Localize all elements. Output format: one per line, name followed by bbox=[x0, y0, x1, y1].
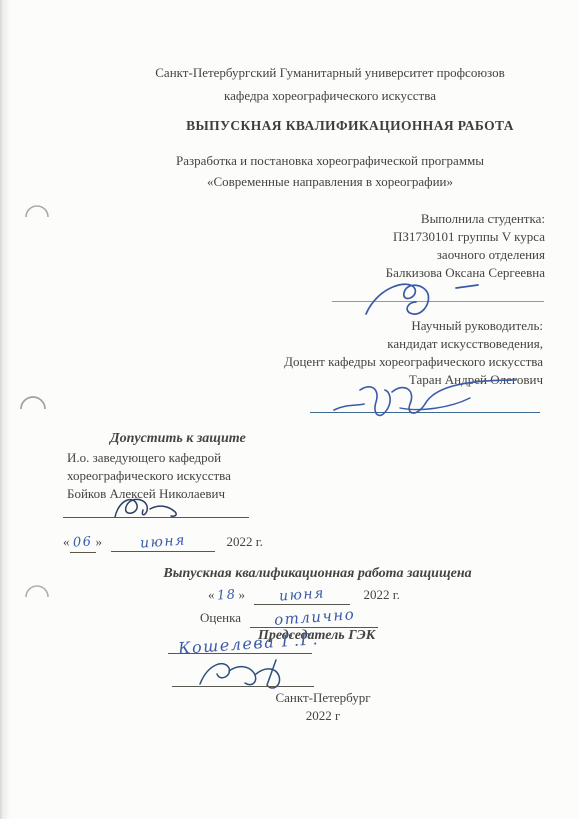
supervisor-line1: Научный руководитель: bbox=[203, 317, 543, 335]
grade-line: Оценка отлично bbox=[200, 608, 378, 628]
supervisor-line2: кандидат искусствоведения, bbox=[203, 335, 543, 353]
quote-close: » bbox=[96, 534, 103, 549]
chair-signature-line bbox=[172, 686, 314, 687]
hole-punch-icon bbox=[24, 203, 50, 219]
university-name: Санкт-Петербургский Гуманитарный универс… bbox=[80, 64, 579, 82]
grade-value-handwritten: отлично bbox=[273, 605, 355, 629]
student-signature bbox=[360, 276, 490, 321]
student-line1: Выполнила студентка: bbox=[225, 210, 545, 228]
defense-date-line: «18» июня 2022 г. bbox=[208, 586, 400, 605]
admission-year: 2022 г. bbox=[227, 534, 263, 549]
footer-year: 2022 г bbox=[248, 707, 398, 725]
supervisor-signature bbox=[330, 378, 530, 426]
defense-day-handwritten: 18 bbox=[216, 586, 237, 605]
work-type-title: ВЫПУСКНАЯ КВАЛИФИКАЦИОННАЯ РАБОТА bbox=[100, 117, 579, 135]
admission-month-handwritten: июня bbox=[140, 531, 187, 552]
student-line2: ПЗ1730101 группы V курса bbox=[225, 228, 545, 246]
footer-city: Санкт-Петербург bbox=[248, 689, 398, 707]
defense-year: 2022 г. bbox=[364, 587, 400, 602]
head-signature bbox=[110, 491, 185, 523]
quote-close: » bbox=[239, 587, 246, 602]
defense-month-handwritten: июня bbox=[279, 584, 326, 605]
admission-day-handwritten: 06 bbox=[72, 533, 93, 552]
chair-name-line bbox=[168, 653, 312, 654]
student-block: Выполнила студентка: ПЗ1730101 группы V … bbox=[225, 210, 545, 282]
scanned-thesis-title-page: Санкт-Петербургский Гуманитарный универс… bbox=[0, 0, 579, 819]
topic-line1: Разработка и постановка хореографической… bbox=[80, 152, 579, 170]
defense-heading: Выпускная квалификационная работа защище… bbox=[135, 565, 500, 583]
supervisor-line3: Доцент кафедры хореографического искусст… bbox=[203, 353, 543, 371]
admission-line1: И.о. заведующего кафедрой bbox=[67, 449, 221, 467]
admission-date-line: «06» июня 2022 г. bbox=[63, 533, 263, 553]
hole-punch-icon bbox=[19, 393, 47, 411]
grade-label: Оценка bbox=[200, 610, 241, 625]
head-signature-line bbox=[63, 517, 249, 518]
admission-line2: хореографического искусства bbox=[67, 467, 231, 485]
department-name: кафедра хореографического искусства bbox=[80, 87, 579, 105]
student-line3: заочного отделения bbox=[225, 246, 545, 264]
chair-signature bbox=[196, 656, 296, 690]
hole-punch-icon bbox=[24, 583, 50, 599]
topic-line2: «Современные направления в хореографии» bbox=[80, 173, 579, 191]
admission-heading: Допустить к защите bbox=[110, 430, 246, 448]
